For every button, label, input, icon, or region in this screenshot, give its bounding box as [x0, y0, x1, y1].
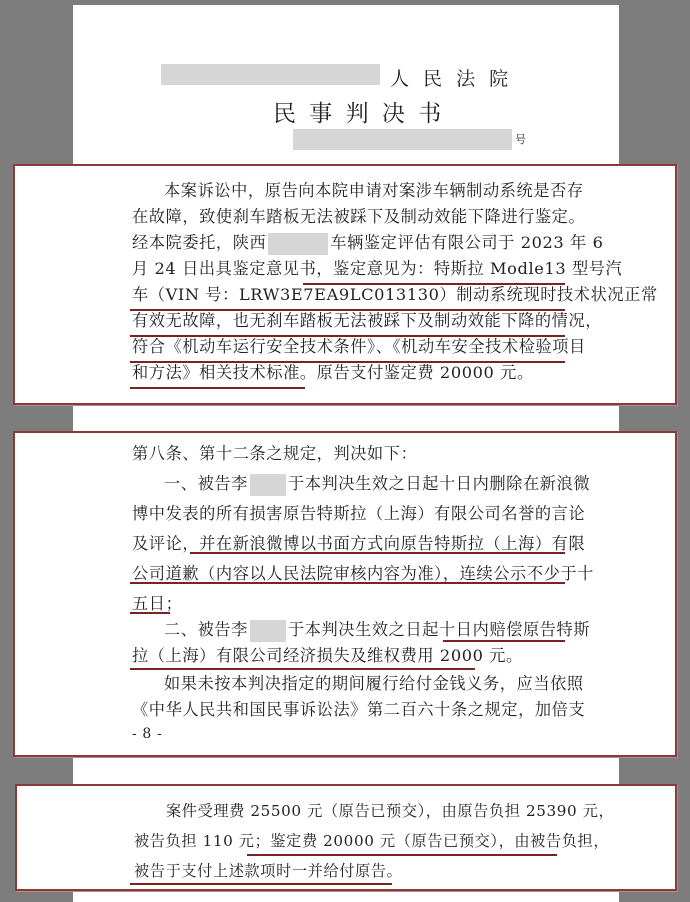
text-fragment: 一、被告李	[164, 474, 248, 493]
text-fragment: 于本判决生效之日起十日内赔偿原告特斯	[288, 620, 590, 639]
text-line: 本案诉讼中，原告向本院申请对案涉车辆制动系统是否存	[132, 178, 565, 204]
text-line: 月 24 日出具鉴定意见书，鉴定意见为：特斯拉 Modle13 型号汽	[132, 256, 565, 282]
text-line: 和方法》相关技术标准。原告支付鉴定费 20000 元。	[132, 360, 565, 386]
text-line: 如果未按本判决指定的期间履行给付金钱义务，应当依照	[132, 671, 565, 697]
redacted-defendant-name	[250, 474, 286, 496]
text-line: 博中发表的所有损害原告特斯拉（上海）有限公司名誉的言论	[132, 501, 565, 527]
text-line: 五日；	[132, 591, 565, 617]
underline-mark	[130, 668, 475, 670]
text-fragment: 于本判决生效之日起十日内删除在新浪微	[288, 474, 590, 493]
redacted-court-name	[161, 64, 380, 85]
text-line: 被告于支付上述款项时一并给付原告。	[134, 858, 567, 884]
redacted-company-name	[268, 233, 328, 255]
text-fragment: 经本院委托，陕西	[132, 233, 266, 252]
text-line: 案件受理费 25500 元（原告已预交），由原告负担 25390 元，	[134, 798, 567, 824]
text-line: 《中华人民共和国民事诉讼法》第二百六十条之规定，加倍支	[132, 697, 565, 723]
text-line: 经本院委托，陕西车辆鉴定评估有限公司于 2023 年 6	[132, 230, 565, 256]
underline-mark	[130, 387, 305, 389]
case-number-suffix: 号	[515, 131, 526, 147]
underline-mark	[130, 612, 170, 614]
underline-mark	[247, 854, 557, 856]
highlight-box-judgment: 第八条、第十二条之规定，判决如下： 一、被告李于本判决生效之日起十日内删除在新浪…	[13, 431, 677, 757]
text-line: 符合《机动车运行安全技术条件》、《机动车安全技术检验项目	[132, 334, 565, 360]
text-line: 拉（上海）有限公司经济损失及维权费用 2000 元。	[132, 643, 565, 669]
highlight-box-appraisal: 本案诉讼中，原告向本院申请对案涉车辆制动系统是否存 在故障，致使刹车踏板无法被踩…	[13, 164, 677, 405]
document-page-middle	[73, 405, 619, 433]
text-line: 第八条、第十二条之规定，判决如下：	[132, 441, 565, 467]
text-fragment: 二、被告李	[164, 620, 248, 639]
text-line: 一、被告李于本判决生效之日起十日内删除在新浪微	[132, 471, 565, 497]
redacted-defendant-name	[250, 620, 286, 642]
document-title: 民 事 判 决 书	[273, 95, 444, 128]
text-line: 在故障，致使刹车踏板无法被踩下及制动效能下降进行鉴定。	[132, 204, 565, 230]
underline-mark	[443, 640, 565, 642]
highlight-box-fees: 案件受理费 25500 元（原告已预交），由原告负担 25390 元， 被告负担…	[15, 784, 677, 891]
text-line: 车（VIN 号：LRW3E7EA9LC013130）制动系统现时技术状况正常	[132, 282, 565, 308]
underline-mark	[190, 552, 565, 554]
page-number: - 8 -	[132, 721, 565, 747]
text-line: 有效无故障，也无刹车踏板无法被踩下及制动效能下降的情况，	[132, 308, 565, 334]
court-name-suffix: 人 民 法 院	[390, 64, 512, 91]
redacted-case-number	[293, 129, 512, 150]
text-fragment: 车辆鉴定评估有限公司于 2023 年 6	[330, 233, 603, 252]
underline-mark	[130, 582, 565, 584]
text-line: 被告负担 110 元；鉴定费 20000 元（原告已预交），由被告负担，	[134, 828, 567, 854]
underline-mark	[130, 883, 392, 885]
